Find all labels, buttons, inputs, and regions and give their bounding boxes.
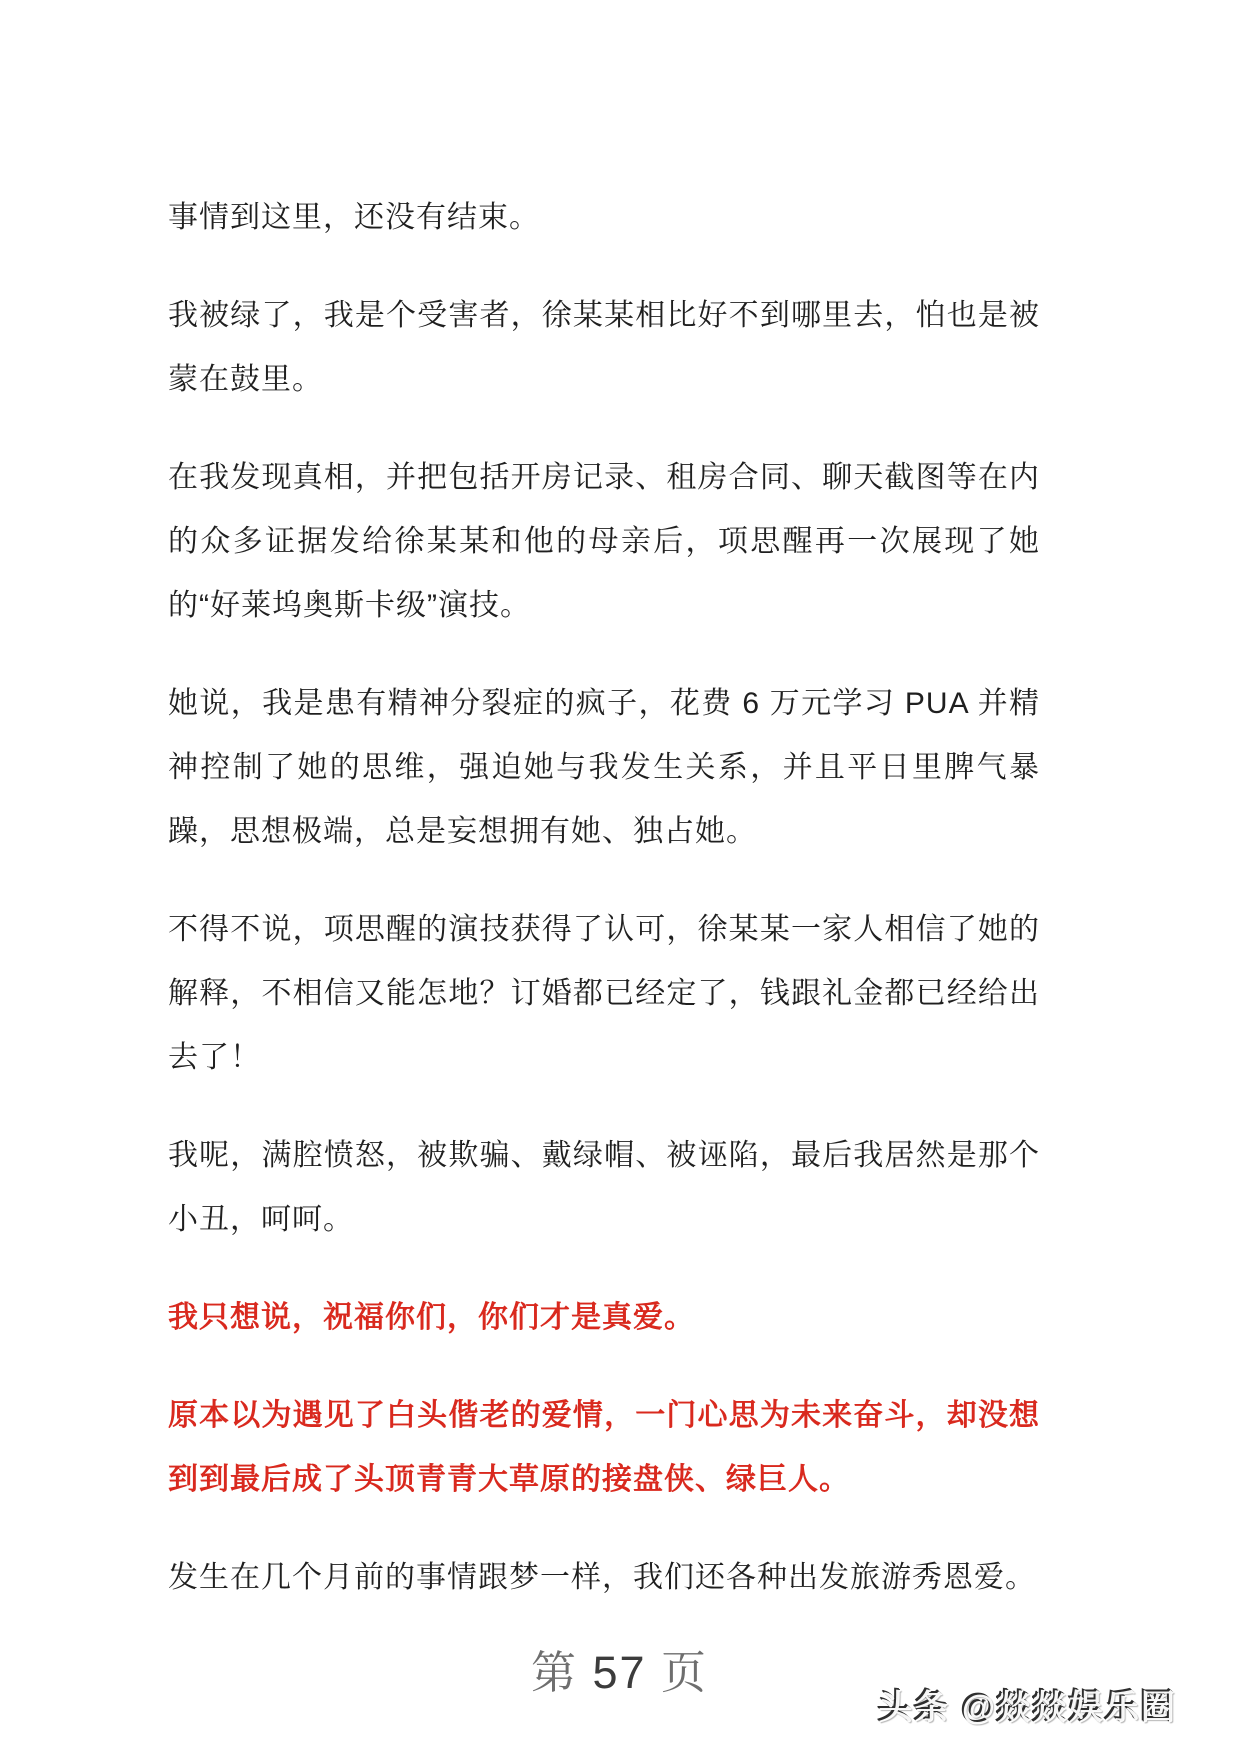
paragraph: 原本以为遇见了白头偕老的爱情，一门心思为未来奋斗，却没想到到最后成了头顶青青大草… [168, 1384, 1040, 1512]
paragraph: 我只想说，祝福你们，你们才是真爱。 [168, 1286, 1040, 1350]
paragraph: 在我发现真相，并把包括开房记录、租房合同、聊天截图等在内的众多证据发给徐某某和他… [168, 446, 1040, 638]
page-footer-prefix: 第 [531, 1647, 593, 1698]
paragraph: 发生在几个月前的事情跟梦一样，我们还各种出发旅游秀恩爱。 [168, 1546, 1040, 1610]
paragraph: 事情到这里，还没有结束。 [168, 186, 1040, 250]
page-footer-suffix: 页 [647, 1647, 709, 1698]
watermark: 头条 @燚燚娱乐圈 [878, 1680, 1177, 1729]
paragraph: 她说，我是患有精神分裂症的疯子，花费 6 万元学习 PUA 并精神控制了她的思维… [168, 672, 1040, 864]
paragraph: 不得不说，项思醒的演技获得了认可，徐某某一家人相信了她的解释，不相信又能怎地？订… [168, 898, 1040, 1090]
document-body: 事情到这里，还没有结束。我被绿了，我是个受害者，徐某某相比好不到哪里去，怕也是被… [168, 186, 1040, 1644]
paragraph: 我被绿了，我是个受害者，徐某某相比好不到哪里去，怕也是被蒙在鼓里。 [168, 284, 1040, 412]
page-number: 57 [592, 1647, 646, 1698]
paragraph: 我呢，满腔愤怒，被欺骗、戴绿帽、被诬陷，最后我居然是那个小丑，呵呵。 [168, 1124, 1040, 1252]
document-page: 事情到这里，还没有结束。我被绿了，我是个受害者，徐某某相比好不到哪里去，怕也是被… [0, 0, 1239, 1752]
